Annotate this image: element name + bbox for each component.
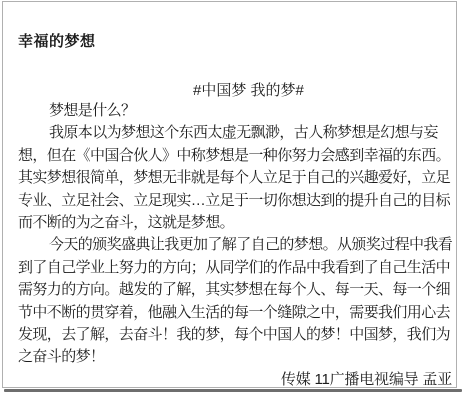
body-line: 之奋斗的梦！: [18, 346, 452, 368]
document-canvas: 幸福的梦想 #中国梦 我的梦# 梦想是什么？ 我原本以为梦想这个东西太虚无飘渺，…: [0, 0, 464, 393]
body-line: 而不断的为之奋斗，这就是梦想。: [18, 212, 452, 234]
essay-body: 梦想是什么？ 我原本以为梦想这个东西太虚无飘渺，古人称梦想是幻想与妄 想，但在《…: [18, 100, 452, 369]
page-bottom-rule: [4, 389, 462, 392]
body-line: 梦想是什么？: [18, 100, 452, 122]
body-line: 想，但在《中国合伙人》中称梦想是一种你努力会感到幸福的东西。: [18, 145, 452, 167]
body-line: 专业、立足社会、立足现实…立足于一切你想达到的提升自己的目标: [18, 190, 452, 212]
body-line: 到了自己学业上努力的方向；从同学们的作品中我看到了自己生活中: [18, 257, 452, 279]
signature-line: 传媒 11广播电视编导 孟亚: [18, 368, 452, 389]
body-line: 发现，去了解，去奋斗！我的梦，每个中国人的梦！中国梦，我们为: [18, 324, 452, 346]
body-line: 我原本以为梦想这个东西太虚无飘渺，古人称梦想是幻想与妄: [18, 122, 452, 144]
body-line: 需努力的方向。越发的了解，其实梦想在每个人、每一天、每一个细: [18, 279, 452, 301]
essay-title: 幸福的梦想: [18, 30, 96, 51]
body-line: 节中不断的贯穿着，他融入生活的每一个缝隙之中，需要我们用心去: [18, 302, 452, 324]
body-line: 今天的颁奖盛典让我更加了解了自己的梦想。从颁奖过程中我看: [18, 234, 452, 256]
body-line: 其实梦想很简单，梦想无非就是每个人立足于自己的兴趣爱好，立足: [18, 167, 452, 189]
hashtag-subtitle: #中国梦 我的梦#: [193, 79, 304, 100]
